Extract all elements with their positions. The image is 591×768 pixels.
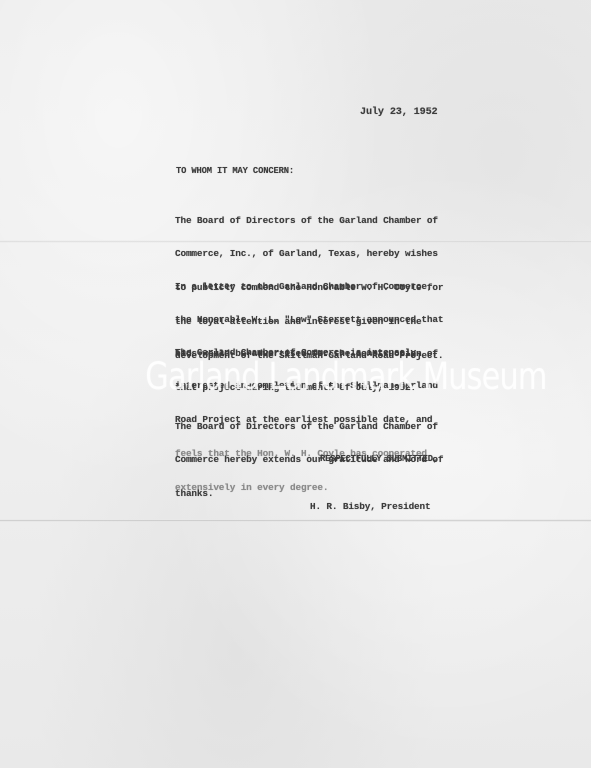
letter-closing: RESPECTFULLY SUBMITTED, [320, 454, 438, 465]
letter-date: July 23, 1952 [360, 107, 438, 118]
paragraph-line: The Board of Directors of the Garland Ch… [175, 215, 485, 226]
paragraph-line: In a letter to the Garland Chamber of Co… [175, 281, 485, 292]
museum-watermark: Garland Landmark Museum [145, 355, 448, 398]
paper-fold-line-lower [0, 519, 591, 522]
paragraph-line: thanks. [175, 488, 485, 499]
letter-salutation: TO WHOM IT MAY CONCERN: [176, 166, 294, 177]
paragraph-line: The Board of Directors of the Garland Ch… [175, 421, 485, 432]
letter-signature: H. R. Bisby, President [310, 501, 430, 512]
